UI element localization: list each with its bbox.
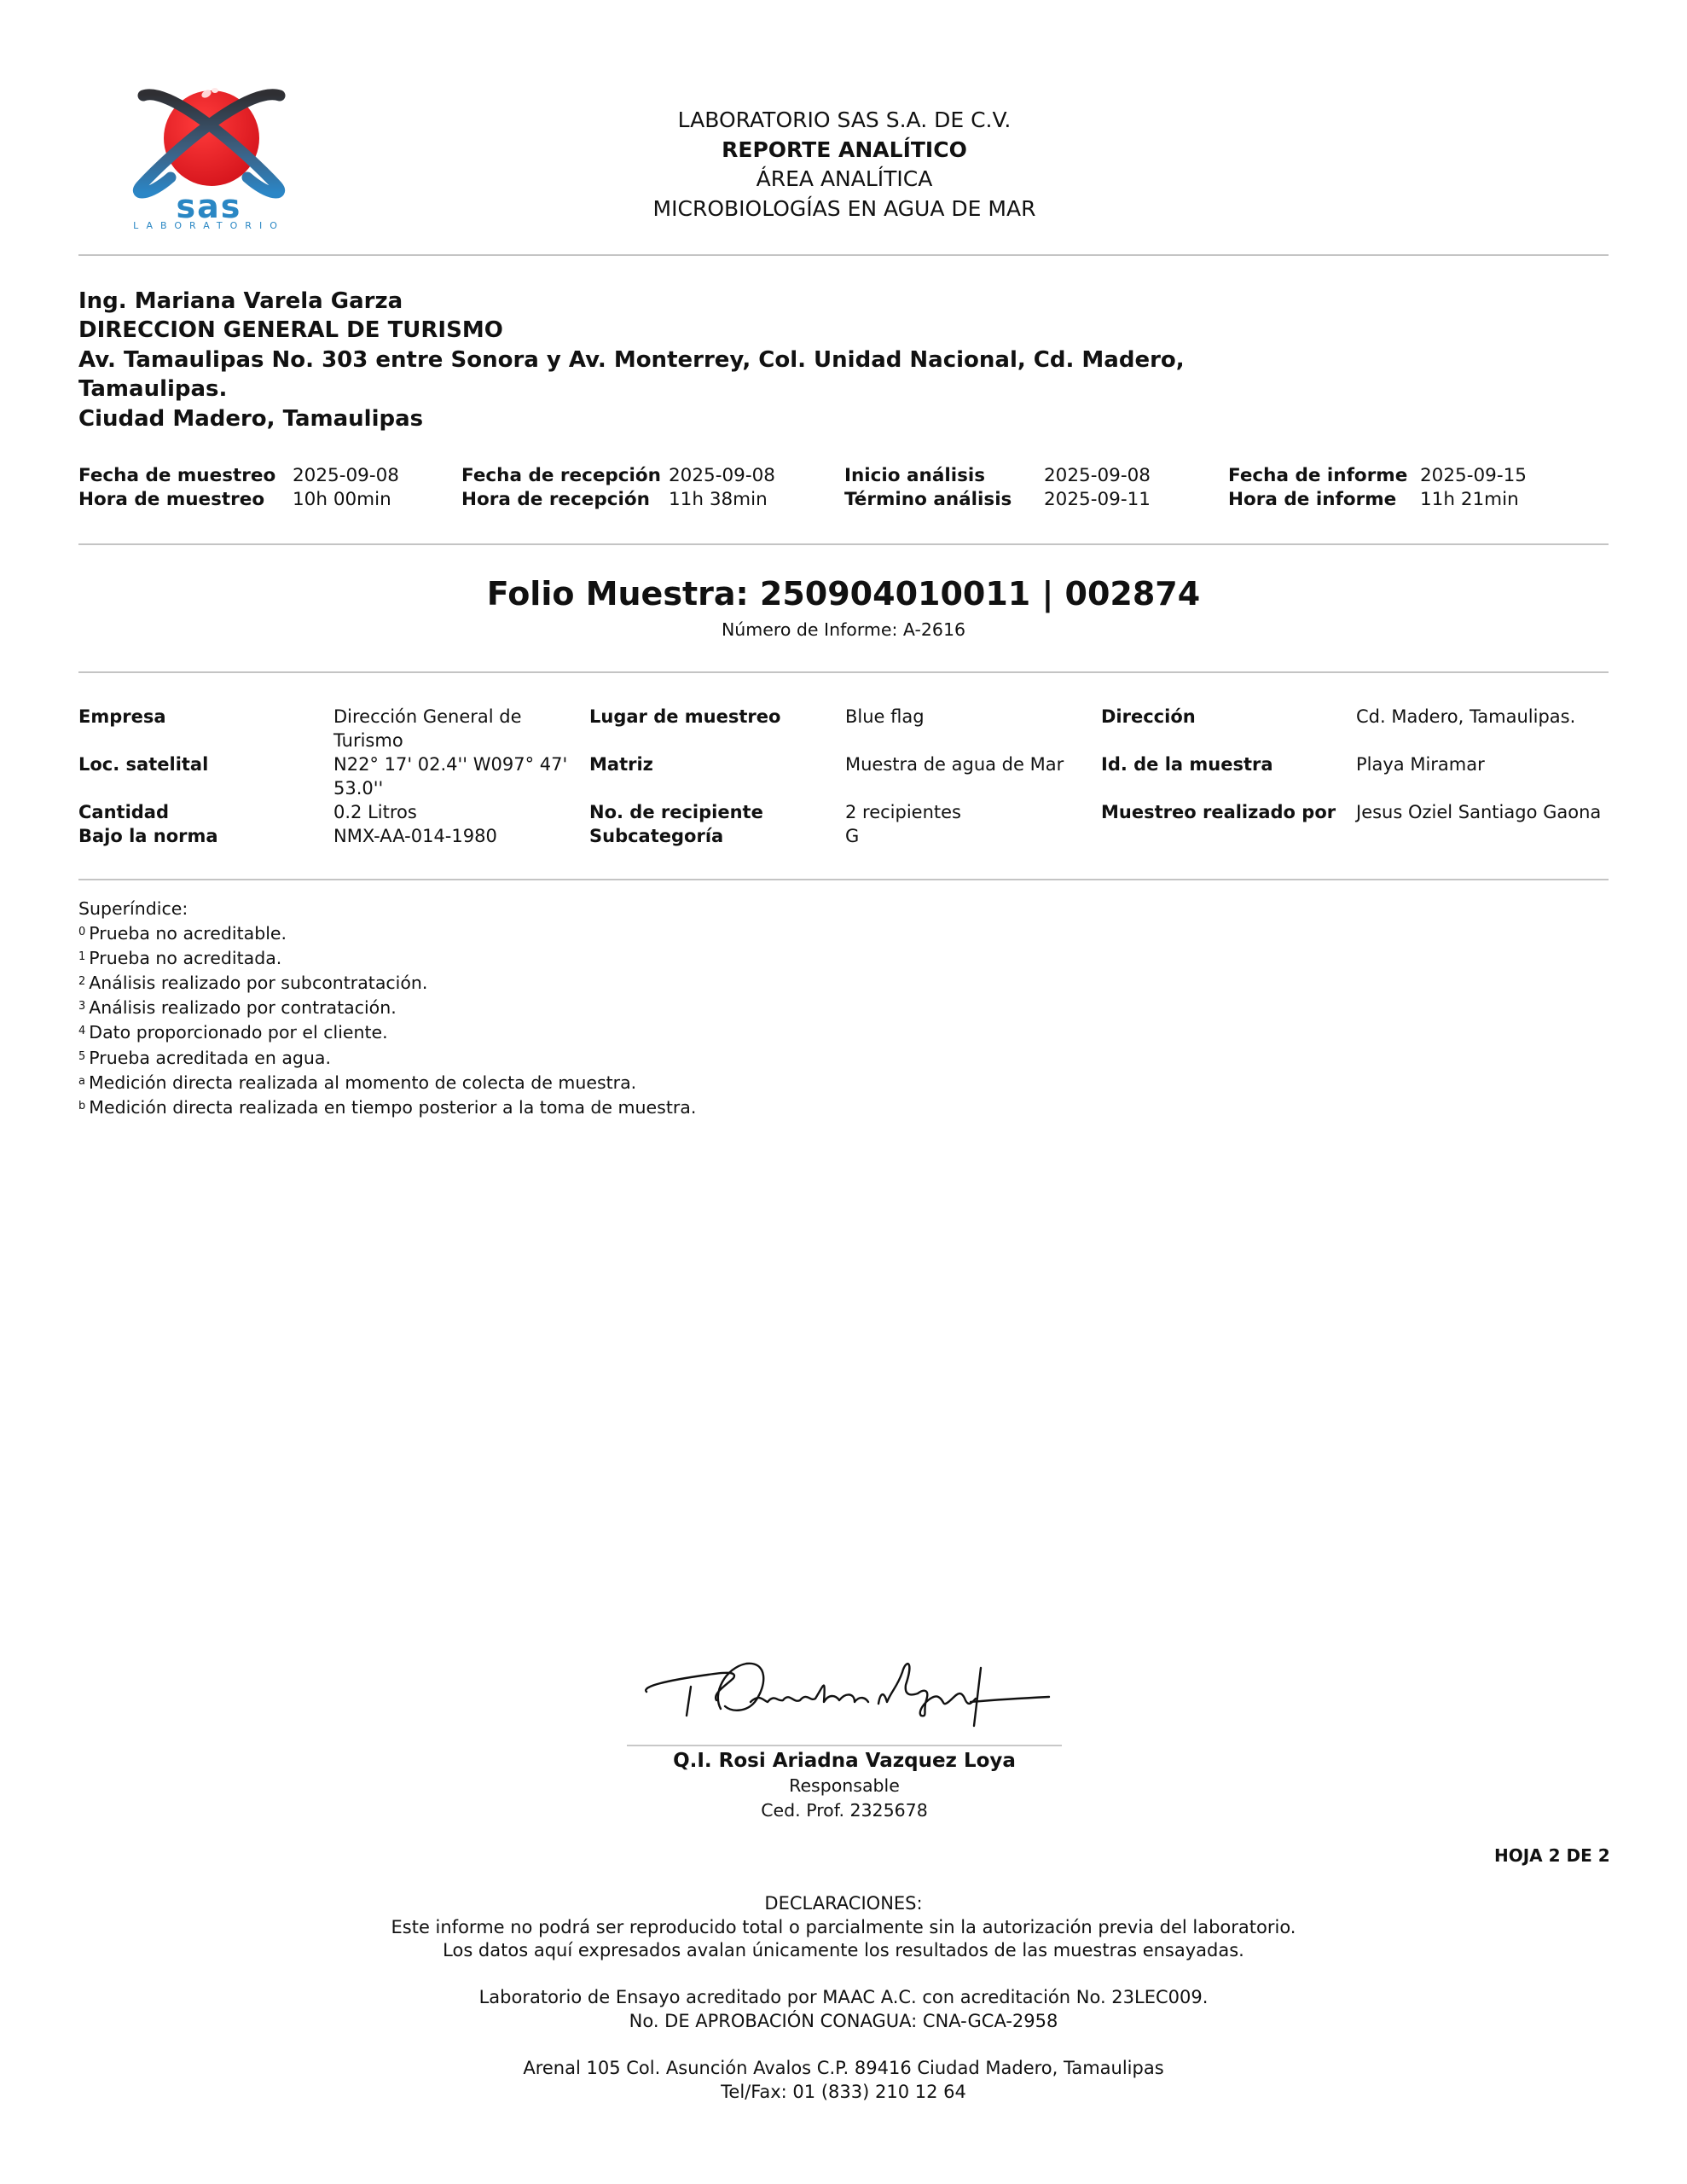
- sampling-place-value: Blue flag: [845, 705, 1101, 752]
- label: Lugar de muestreo: [589, 705, 845, 752]
- superscript-legend: Superíndice: 0Prueba no acreditable. 1Pr…: [78, 897, 696, 1119]
- matrix-value: Muestra de agua de Mar: [845, 752, 1101, 800]
- label: Id. de la muestra: [1101, 752, 1356, 800]
- accreditation-line: Laboratorio de Ensayo acreditado por MAA…: [0, 1986, 1687, 2010]
- signer-block: Q.I. Rosi Ariadna Vazquez Loya Responsab…: [627, 1748, 1062, 1823]
- legend-item: 5Prueba acreditada en agua.: [78, 1045, 696, 1070]
- legend-title: Superíndice:: [78, 897, 696, 921]
- legend-item: 4Dato proporcionado por el cliente.: [78, 1019, 696, 1044]
- norm-value: NMX-AA-014-1980: [333, 824, 589, 848]
- legend-item: 0Prueba no acreditable.: [78, 921, 696, 945]
- handwritten-signature: [631, 1634, 1075, 1728]
- label: Fecha de informe: [1228, 464, 1407, 488]
- label: Bajo la norma: [78, 824, 333, 848]
- label: Fecha de recepción: [461, 464, 661, 488]
- report-header: LABORATORIO SAS S.A. DE C.V. REPORTE ANA…: [503, 106, 1186, 224]
- date-group-reception-values: 2025-09-08 11h 38min: [669, 464, 775, 512]
- sample-info-table: Empresa Dirección General de Turismo Lug…: [78, 705, 1609, 848]
- conagua-line: No. DE APROBACIÓN CONAGUA: CNA-GCA-2958: [0, 2010, 1687, 2034]
- page-indicator: HOJA 2 DE 2: [1494, 1845, 1610, 1866]
- declarations-title: DECLARACIONES:: [0, 1892, 1687, 1916]
- date-group-report-values: 2025-09-15 11h 21min: [1420, 464, 1527, 512]
- label: Fecha de muestreo: [78, 464, 275, 488]
- legend-item: 3Análisis realizado por contratación.: [78, 995, 696, 1019]
- signer-license: Ced. Prof. 2325678: [627, 1798, 1062, 1823]
- legend-item: 2Análisis realizado por subcontratación.: [78, 970, 696, 995]
- company-name: LABORATORIO SAS S.A. DE C.V.: [503, 106, 1186, 136]
- label: Hora de recepción: [461, 488, 661, 512]
- recipient-address-cont: Tamaulipas.: [78, 375, 1272, 404]
- reception-date: 2025-09-08: [669, 464, 775, 488]
- label: Subcategoría: [589, 824, 845, 848]
- company-value: Dirección General de Turismo: [333, 705, 589, 752]
- container-count-value: 2 recipientes: [845, 800, 1101, 824]
- label: Dirección: [1101, 705, 1356, 752]
- report-time: 11h 21min: [1420, 488, 1527, 512]
- legend-item: 1Prueba no acreditada.: [78, 945, 696, 970]
- date-group-sampling: Fecha de muestreo Hora de muestreo: [78, 464, 275, 512]
- label: Matriz: [589, 752, 845, 800]
- date-group-analysis: Inicio análisis Término análisis: [844, 464, 1012, 512]
- label: Loc. satelital: [78, 752, 333, 800]
- declaration-line: Este informe no podrá ser reproducido to…: [0, 1916, 1687, 1940]
- legend-item: bMedición directa realizada en tiempo po…: [78, 1095, 696, 1119]
- divider: [78, 671, 1609, 673]
- recipient-block: Ing. Mariana Varela Garza DIRECCION GENE…: [78, 287, 1272, 433]
- label: Inicio análisis: [844, 464, 1012, 488]
- label: Empresa: [78, 705, 333, 752]
- folio-title: Folio Muestra: 250904010011 | 002874: [0, 575, 1687, 613]
- analysis-start-date: 2025-09-08: [1044, 464, 1151, 488]
- sas-laboratorio-logo: sas LABORATORIO: [119, 77, 299, 230]
- analysis-end-date: 2025-09-11: [1044, 488, 1151, 512]
- divider: [78, 543, 1609, 545]
- signer-name: Q.I. Rosi Ariadna Vazquez Loya: [627, 1748, 1062, 1774]
- report-number: Número de Informe: A-2616: [0, 619, 1687, 640]
- lab-phone: Tel/Fax: 01 (833) 210 12 64: [0, 2081, 1687, 2105]
- declaration-line: Los datos aquí expresados avalan únicame…: [0, 1939, 1687, 1963]
- report-date: 2025-09-15: [1420, 464, 1527, 488]
- date-group-report: Fecha de informe Hora de informe: [1228, 464, 1407, 512]
- declarations-footer: DECLARACIONES: Este informe no podrá ser…: [0, 1892, 1687, 2104]
- report-type: REPORTE ANALÍTICO: [503, 136, 1186, 166]
- quantity-value: 0.2 Litros: [333, 800, 589, 824]
- legend-item: aMedición directa realizada al momento d…: [78, 1070, 696, 1095]
- label: Muestreo realizado por: [1101, 800, 1356, 824]
- recipient-address: Av. Tamaulipas No. 303 entre Sonora y Av…: [78, 346, 1272, 375]
- sampling-time: 10h 00min: [293, 488, 399, 512]
- lab-address: Arenal 105 Col. Asunción Avalos C.P. 894…: [0, 2057, 1687, 2081]
- signature-line: [627, 1745, 1062, 1746]
- report-area: ÁREA ANALÍTICA: [503, 165, 1186, 195]
- recipient-organization: DIRECCION GENERAL DE TURISMO: [78, 316, 1272, 345]
- label: Hora de muestreo: [78, 488, 275, 512]
- svg-text:LABORATORIO: LABORATORIO: [133, 220, 285, 230]
- label: Término análisis: [844, 488, 1012, 512]
- subcategory-value: G: [845, 824, 1101, 848]
- sampling-date: 2025-09-08: [293, 464, 399, 488]
- address-value: Cd. Madero, Tamaulipas.: [1356, 705, 1609, 752]
- date-group-analysis-values: 2025-09-08 2025-09-11: [1044, 464, 1151, 512]
- sampled-by-value: Jesus Oziel Santiago Gaona: [1356, 800, 1609, 824]
- satellite-location-value: N22° 17' 02.4'' W097° 47' 53.0'': [333, 752, 589, 800]
- recipient-city: Ciudad Madero, Tamaulipas: [78, 404, 1272, 433]
- date-group-sampling-values: 2025-09-08 10h 00min: [293, 464, 399, 512]
- divider: [78, 879, 1609, 880]
- date-group-reception: Fecha de recepción Hora de recepción: [461, 464, 661, 512]
- report-subject: MICROBIOLOGÍAS EN AGUA DE MAR: [503, 195, 1186, 224]
- label: Hora de informe: [1228, 488, 1407, 512]
- divider: [78, 254, 1609, 256]
- label: No. de recipiente: [589, 800, 845, 824]
- recipient-name: Ing. Mariana Varela Garza: [78, 287, 1272, 316]
- signer-role: Responsable: [627, 1774, 1062, 1798]
- reception-time: 11h 38min: [669, 488, 775, 512]
- sample-id-value: Playa Miramar: [1356, 752, 1609, 800]
- label: Cantidad: [78, 800, 333, 824]
